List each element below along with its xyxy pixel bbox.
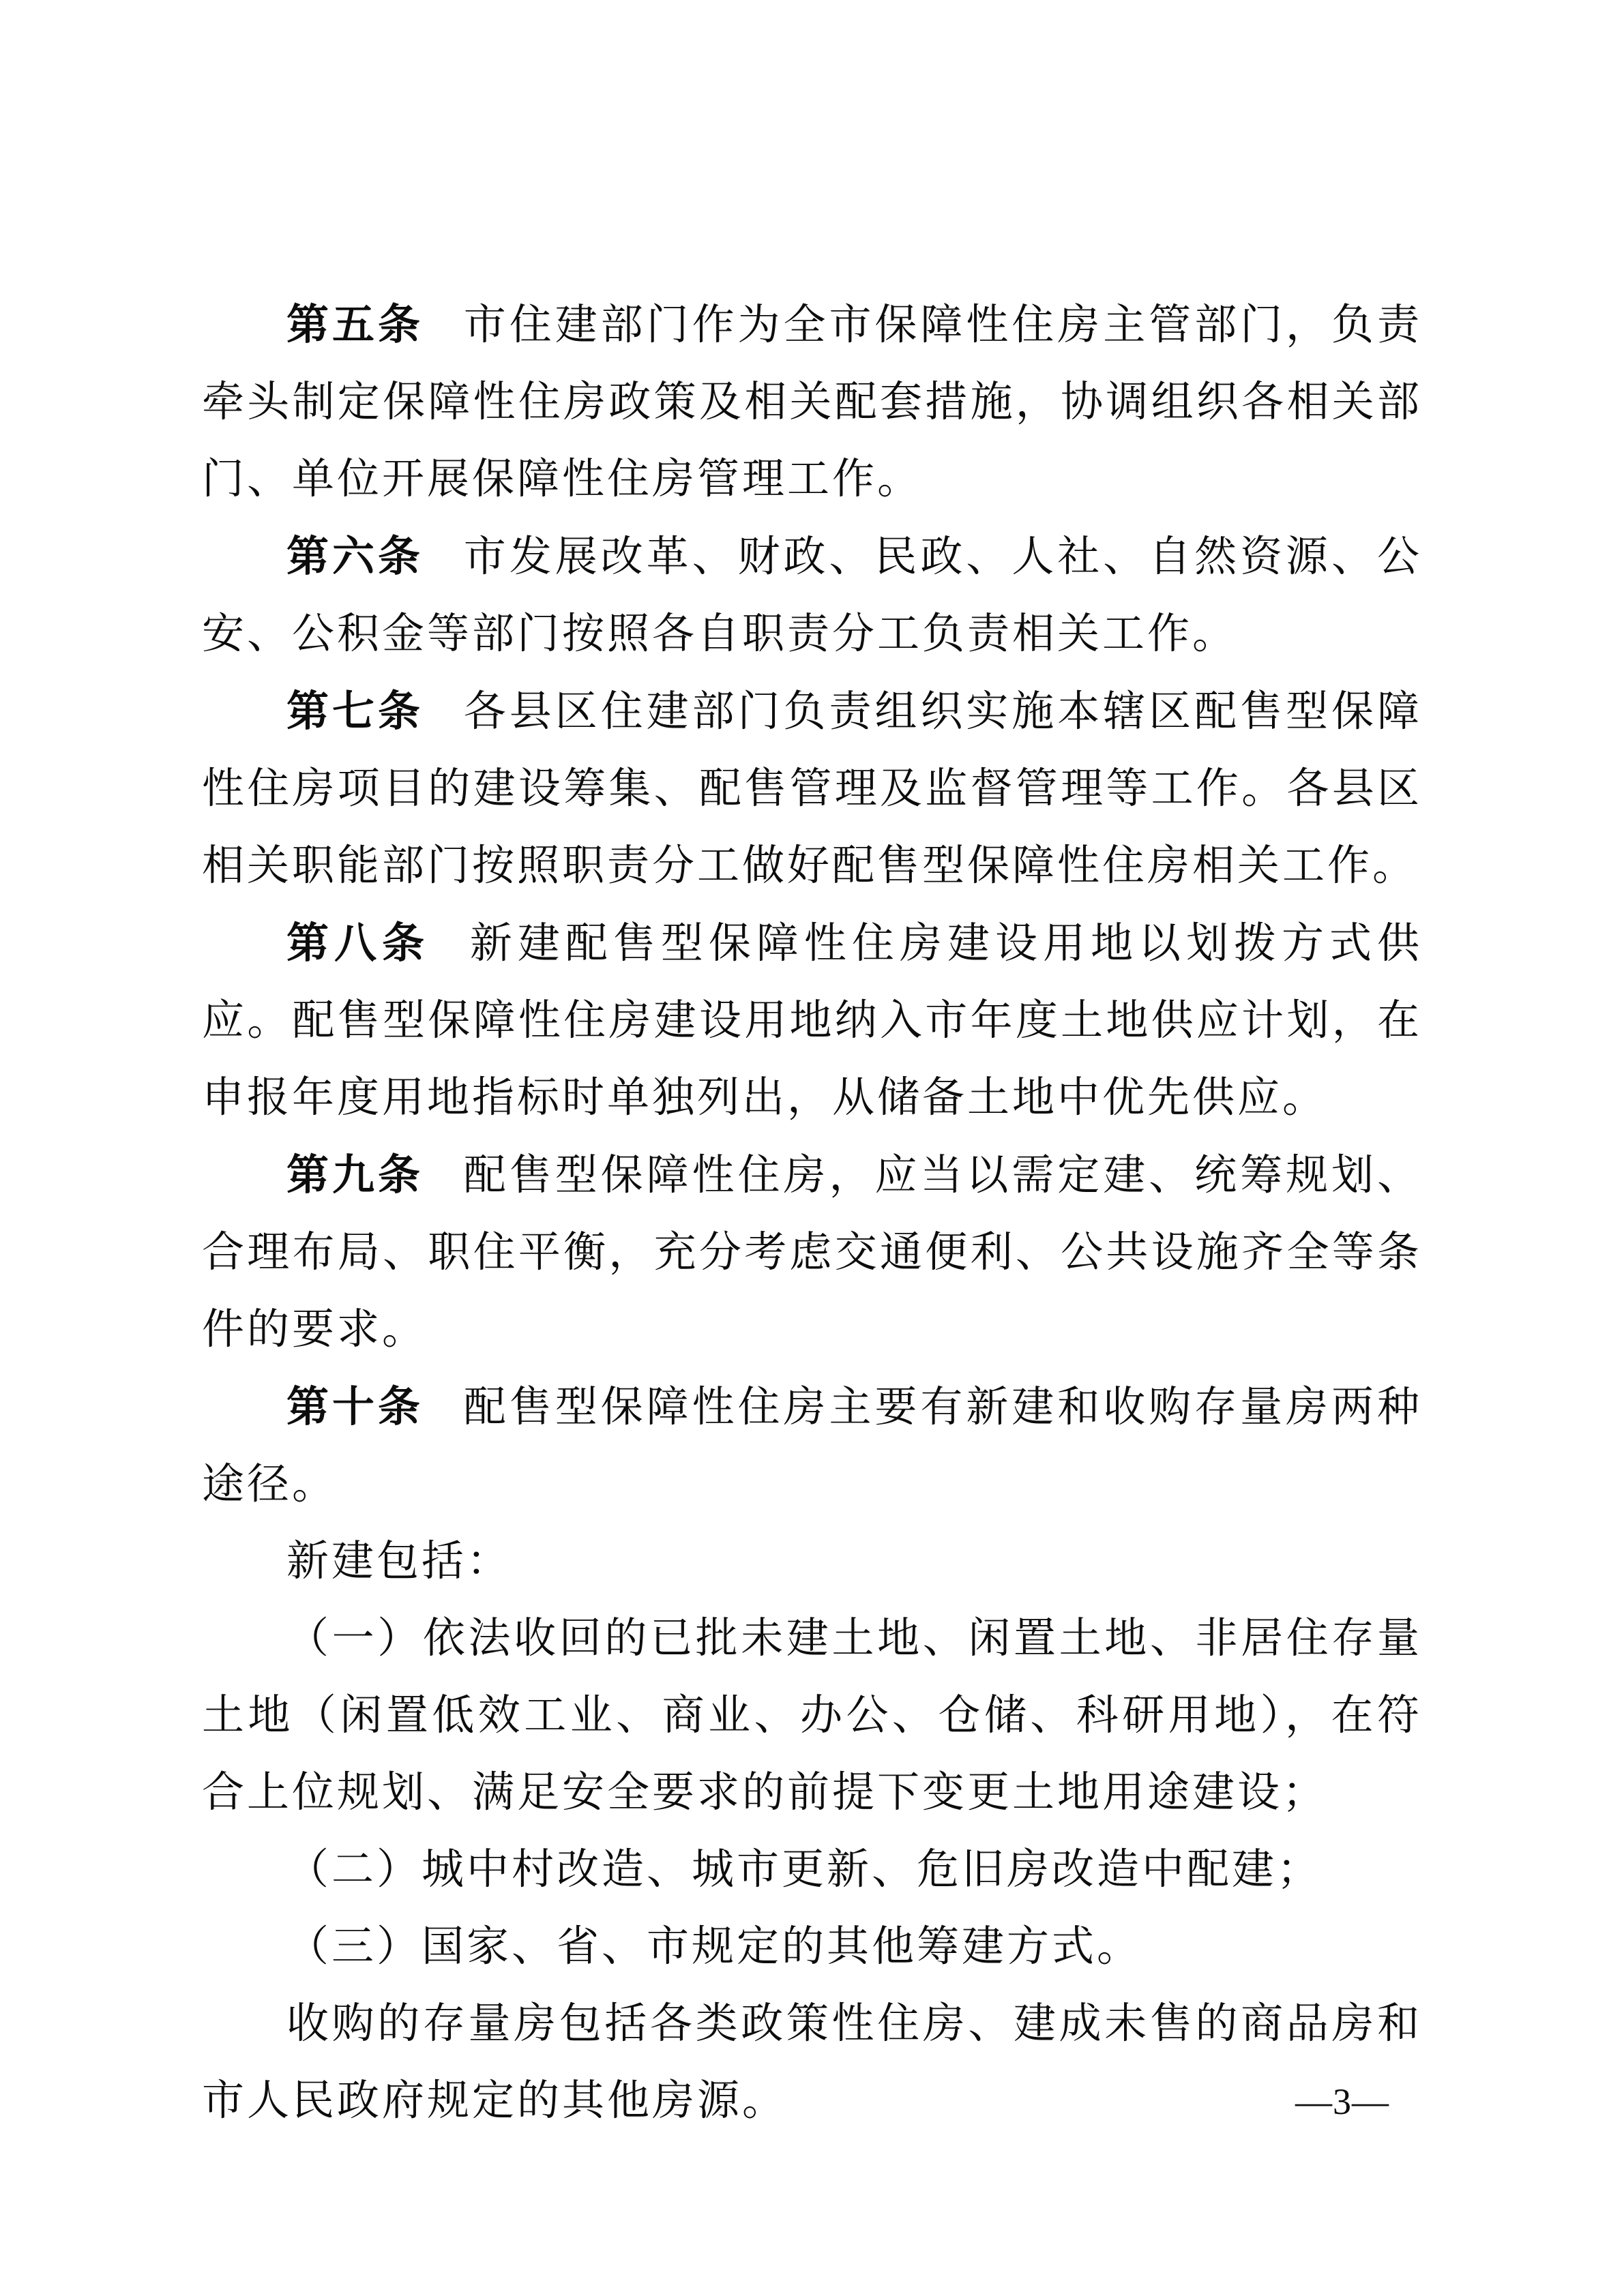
paragraph-text: 新建包括： [286, 1538, 512, 1585]
paragraph-text: 收购的存量房包括各类政策性住房、建成未售的商品房和市人民政府规定的其他房源。 [202, 2001, 1422, 2124]
page-number: —3— [1295, 2081, 1389, 2122]
paragraph-text: （一）依法收回的已批未建土地、闲置土地、非居住存量土地（闲置低效工业、商业、办公… [202, 1615, 1422, 1816]
paragraph: 第六条市发展改革、财政、民政、人社、自然资源、公安、公积金等部门按照各自职责分工… [202, 518, 1422, 673]
document-page: { "page": { "number_label": "—3—", "para… [0, 0, 1624, 2296]
paragraph: 第七条各县区住建部门负责组织实施本辖区配售型保障性住房项目的建设筹集、配售管理及… [202, 673, 1422, 905]
article-number: 第八条 [286, 920, 430, 967]
paragraph-text: （二）城中村改造、城市更新、危旧房改造中配建； [286, 1847, 1322, 1893]
paragraph: 第八条新建配售型保障性住房建设用地以划拨方式供应。配售型保障性住房建设用地纳入市… [202, 905, 1422, 1137]
paragraph: 第五条市住建部门作为全市保障性住房主管部门，负责牵头制定保障性住房政策及相关配套… [202, 286, 1422, 518]
article-number: 第七条 [286, 688, 424, 735]
article-number: 第六条 [286, 533, 424, 580]
paragraph: （三）国家、省、市规定的其他筹建方式。 [202, 1909, 1422, 1986]
article-number: 第五条 [286, 301, 424, 348]
paragraph: 收购的存量房包括各类政策性住房、建成未售的商品房和市人民政府规定的其他房源。 [202, 1986, 1422, 2140]
paragraph: （二）城中村改造、城市更新、危旧房改造中配建； [202, 1832, 1422, 1909]
paragraph: 第十条配售型保障性住房主要有新建和收购存量房两种途径。 [202, 1369, 1422, 1523]
paragraph: 第九条配售型保障性住房，应当以需定建、统筹规划、合理布局、职住平衡，充分考虑交通… [202, 1137, 1422, 1369]
article-number: 第九条 [286, 1152, 424, 1199]
paragraph: （一）依法收回的已批未建土地、闲置土地、非居住存量土地（闲置低效工业、商业、办公… [202, 1600, 1422, 1832]
paragraph: 新建包括： [202, 1523, 1422, 1600]
paragraph-text: （三）国家、省、市规定的其他筹建方式。 [286, 1924, 1142, 1970]
document-body: 第五条市住建部门作为全市保障性住房主管部门，负责牵头制定保障性住房政策及相关配套… [202, 286, 1422, 2140]
article-number: 第十条 [286, 1384, 424, 1431]
